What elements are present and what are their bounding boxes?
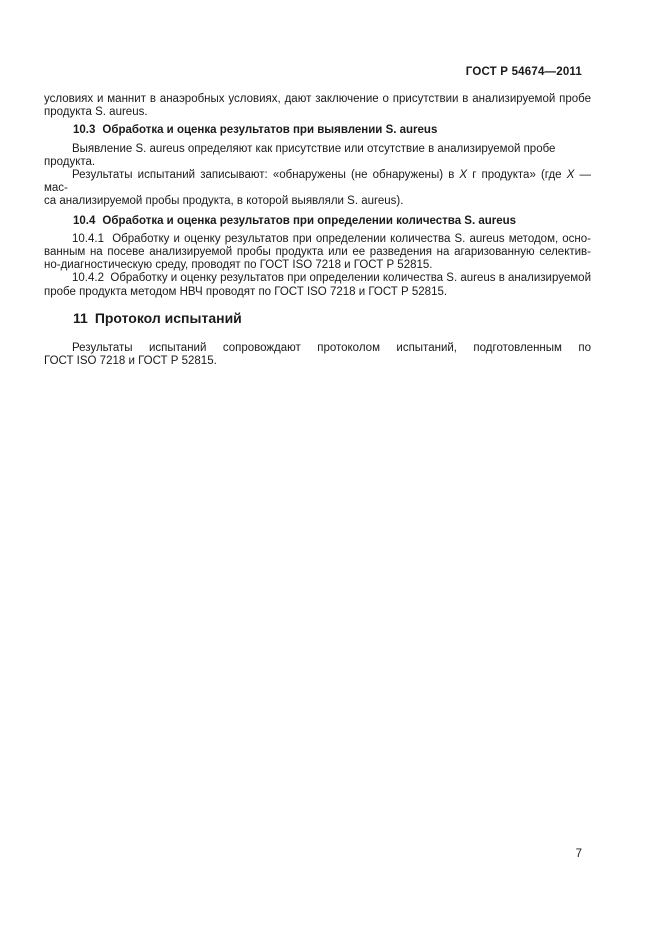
body-line: ванным на посеве анализируемой пробы про…	[44, 246, 591, 259]
variable-x: X	[459, 169, 467, 181]
body-line: Результаты испытаний сопровождают проток…	[44, 342, 591, 355]
doc-code: ГОСТ Р 54674—2011	[466, 66, 582, 78]
continuation-paragraph-line: условиях и маннит в анаэробных условиях,…	[44, 93, 591, 106]
body-line: пробе продукта методом НВЧ проводят по Г…	[44, 286, 591, 299]
body-line: 10.4.2 Обработку и оценку результатов пр…	[44, 272, 591, 285]
body-line: но-диагностическую среду, проводят по ГО…	[44, 259, 591, 272]
section-title: Обработка и оценка результатов при опред…	[102, 215, 516, 227]
section-number: 10.3	[73, 124, 95, 136]
text-run: Результаты испытаний записывают: «обнару…	[72, 169, 459, 181]
running-header: ГОСТ Р 54674—2011	[44, 65, 582, 79]
text-run: г продукта» (где	[467, 169, 567, 181]
section-heading-11: 11Протокол испытаний	[44, 310, 591, 326]
body-line: Выявление S. aureus определяют как прису…	[44, 143, 591, 169]
section-number: 10.4	[73, 215, 95, 227]
page-body: условиях и маннит в анаэробных условиях,…	[44, 93, 591, 368]
body-line: 10.4.1 Обработку и оценку результатов пр…	[44, 233, 591, 246]
section-heading-10-4: 10.4Обработка и оценка результатов при о…	[44, 215, 591, 228]
document-page: ГОСТ Р 54674—2011 условиях и маннит в ан…	[0, 0, 661, 936]
body-line: ГОСТ ISO 7218 и ГОСТ Р 52815.	[44, 355, 591, 368]
section-title: Обработка и оценка результатов при выявл…	[102, 124, 437, 136]
section-heading-10-3: 10.3Обработка и оценка результатов при в…	[44, 124, 591, 137]
section-number: 11	[73, 310, 88, 326]
continuation-paragraph-line: продукта S. aureus.	[44, 106, 591, 119]
body-line: са анализируемой пробы продукта, в котор…	[44, 195, 591, 208]
section-title: Протокол испытаний	[95, 310, 242, 326]
page-number: 7	[44, 848, 582, 861]
body-line: Результаты испытаний записывают: «обнару…	[44, 169, 591, 195]
